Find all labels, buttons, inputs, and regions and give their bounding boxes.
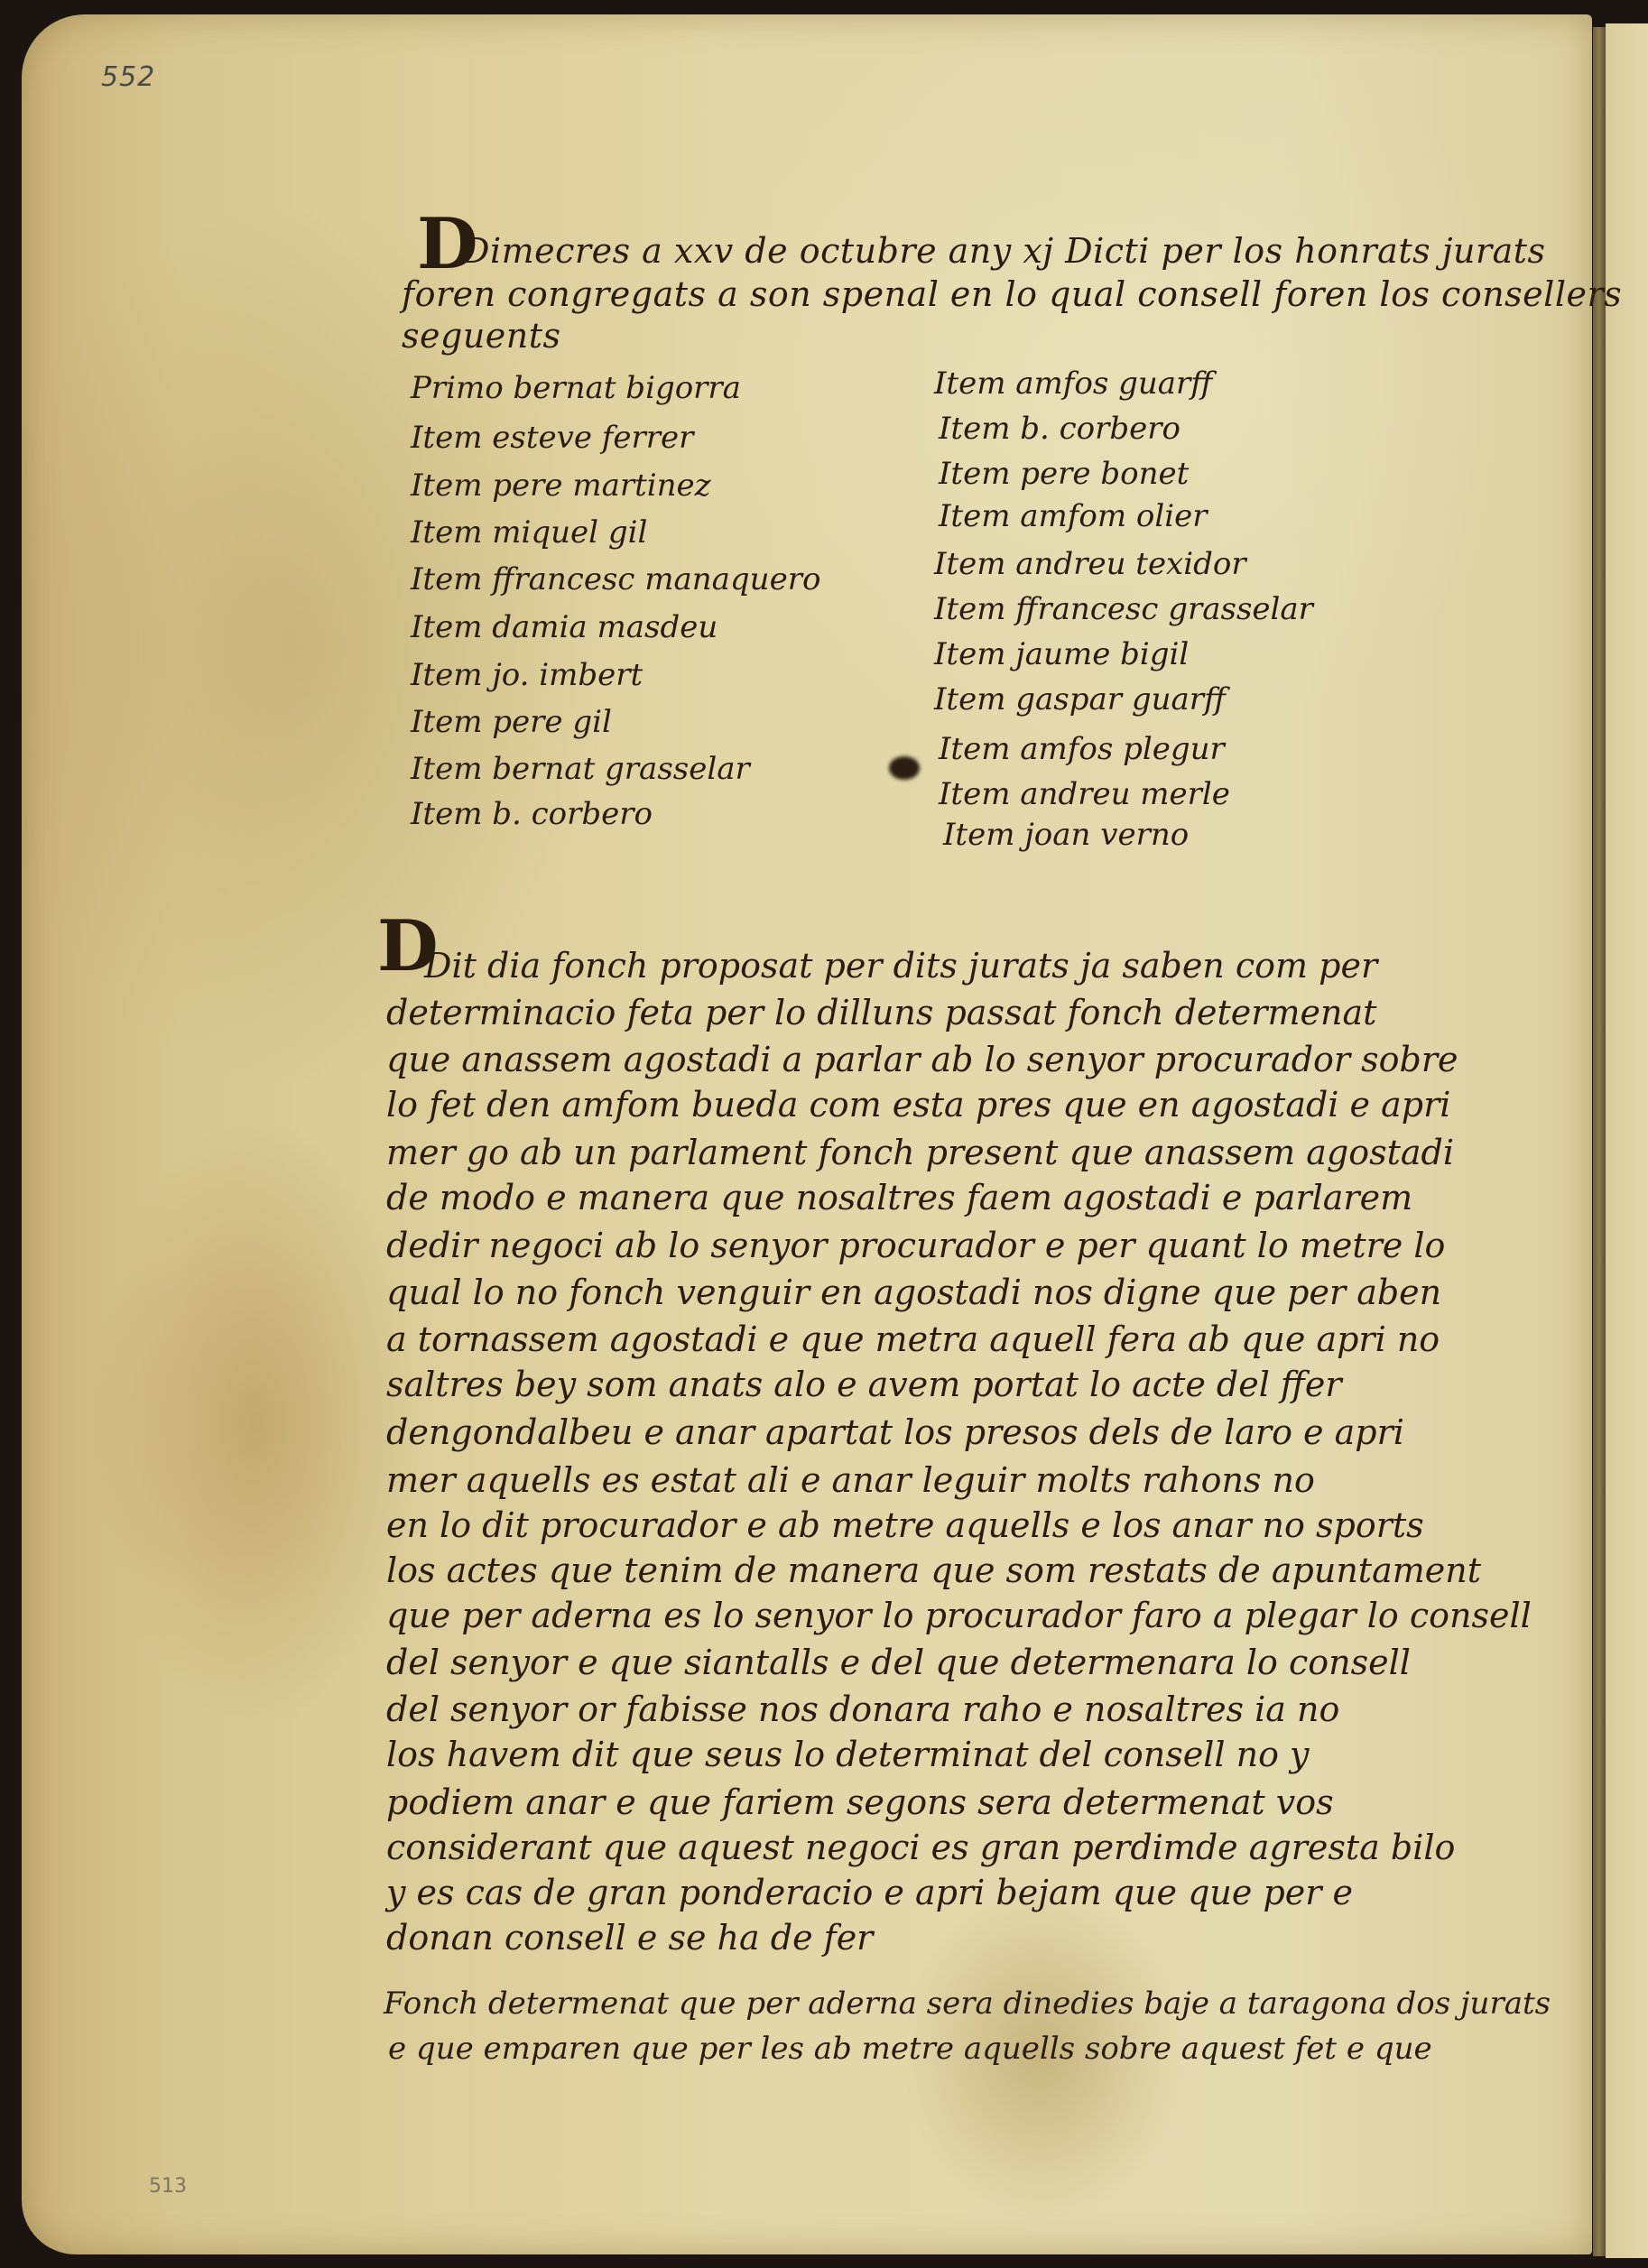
attendee-entry: Item amfos plegur — [939, 731, 1225, 767]
paragraph-line: donan consell e se ha de fer — [386, 1918, 873, 1958]
attendee-entry: Item pere gil — [411, 704, 612, 740]
attendee-entry: Item pere bonet — [939, 456, 1189, 492]
paragraph-line: los havem dit que seus lo determinat del… — [386, 1735, 1310, 1774]
attendee-entry: Item andreu merle — [939, 776, 1230, 812]
folio-number-bottom: 513 — [149, 2175, 187, 2198]
paragraph-line: y es cas de gran ponderacio e apri bejam… — [386, 1873, 1353, 1912]
attendee-entry: Item ffrancesc manaquero — [411, 561, 820, 597]
paragraph-line: en lo dit procurador e ab metre aquells … — [386, 1505, 1424, 1545]
determination-line: Fonch determenat que per aderna sera din… — [384, 1986, 1551, 2022]
heading-line: Dimecres a xxv de octubre any xj Dicti p… — [462, 231, 1546, 271]
paragraph-line: mer go ab un parlament fonch present que… — [386, 1133, 1454, 1172]
paragraph-line: que per aderna es lo senyor lo procurado… — [386, 1596, 1532, 1635]
attendee-entry: Item jo. imbert — [411, 657, 643, 693]
paragraph-line: qual lo no fonch venguir en agostadi nos… — [386, 1273, 1441, 1312]
paragraph-line: considerant que aquest negoci es gran pe… — [386, 1828, 1455, 1867]
paragraph-line: a tornassem agostadi e que metra aquell … — [386, 1319, 1440, 1359]
paragraph-line: dedir negoci ab lo senyor procurador e p… — [386, 1226, 1445, 1265]
attendee-entry: Item b. corbero — [939, 411, 1180, 447]
folio-number: 552 — [101, 61, 155, 93]
attendee-entry: Item esteve ferrer — [411, 420, 693, 456]
paragraph-line: que anassem agostadi a parlar ab lo seny… — [386, 1040, 1458, 1079]
paragraph-line: podiem anar e que fariem segons sera det… — [386, 1782, 1334, 1822]
paragraph-line: lo fet den amfom bueda com esta pres que… — [386, 1085, 1450, 1125]
book-binding-gutter — [1593, 27, 1606, 2256]
attendee-entry: Item ffrancesc grasselar — [934, 591, 1313, 627]
determination-line: e que emparen que per les ab metre aquel… — [388, 2031, 1432, 2067]
attendee-entry: Item andreu texidor — [934, 546, 1246, 582]
paragraph-line: del senyor e que siantalls e del que det… — [386, 1643, 1411, 1682]
heading-line: seguents — [402, 316, 561, 356]
attendee-entry: Item joan verno — [943, 817, 1189, 853]
paragraph-line: dengondalbeu e anar apartat los presos d… — [386, 1412, 1404, 1452]
attendee-entry: Item amfos guarff — [934, 366, 1212, 402]
ink-blot — [889, 756, 920, 780]
paragraph-line: de modo e manera que nosaltres faem agos… — [386, 1178, 1412, 1217]
attendee-entry: Item jaume bigil — [934, 636, 1189, 672]
attendee-entry: Item b. corbero — [411, 796, 653, 832]
attendee-entry: Item bernat grasselar — [411, 751, 750, 787]
attendee-entry: Item pere martinez — [411, 467, 711, 504]
paragraph-line: del senyor or fabisse nos donara raho e … — [386, 1689, 1339, 1729]
attendee-entry: Item miquel gil — [411, 514, 647, 551]
attendee-entry: Primo bernat bigorra — [411, 370, 741, 406]
paragraph-line: mer aquells es estat ali e anar leguir m… — [386, 1460, 1315, 1500]
heading-line: foren congregats a son spenal en lo qual… — [402, 274, 1622, 314]
paragraph-line: determinacio feta per lo dilluns passat … — [386, 993, 1376, 1032]
attendee-entry: Item damia masdeu — [411, 609, 718, 645]
paragraph-line: saltres bey som anats alo e avem portat … — [386, 1365, 1342, 1404]
paragraph-line: los actes que tenim de manera que som re… — [386, 1551, 1481, 1590]
paragraph-line: Dit dia fonch proposat per dits jurats j… — [424, 946, 1377, 986]
attendee-entry: Item amfom olier — [939, 498, 1207, 534]
adjacent-leaf-edge — [1606, 23, 1648, 2258]
attendee-entry: Item gaspar guarff — [934, 681, 1226, 717]
bleed-through-text — [244, 162, 253, 197]
